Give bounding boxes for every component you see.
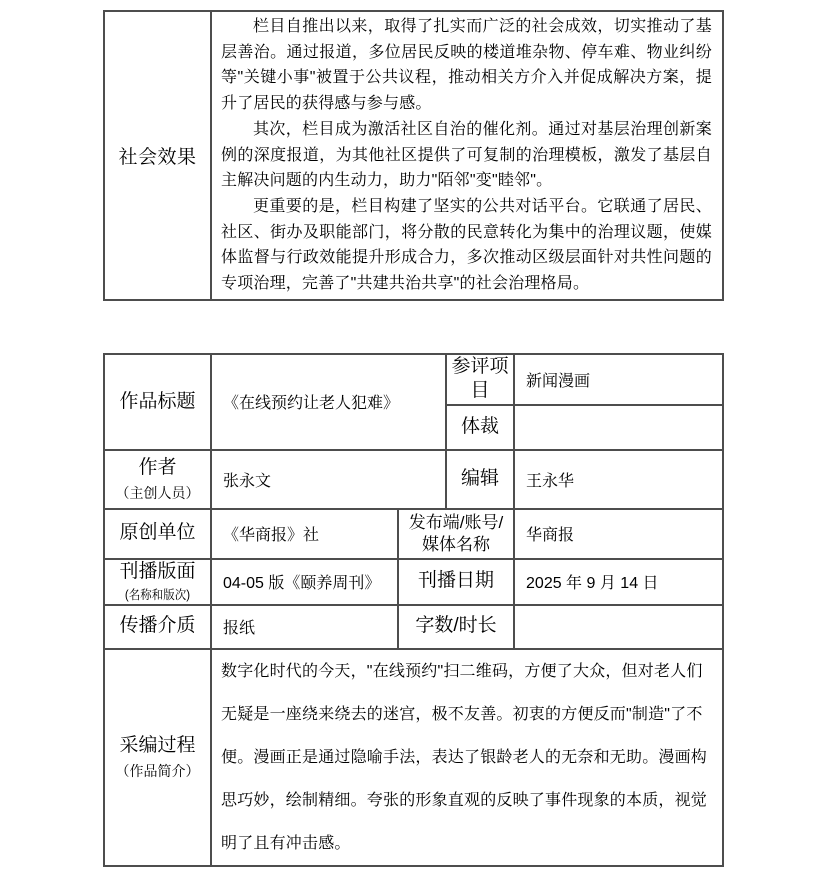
social-effect-paragraph-3: 更重要的是，栏目构建了坚实的公共对话平台。它联通了居民、社区、街办及职能部门，将… bbox=[221, 194, 712, 297]
author-value: 张永文 bbox=[211, 450, 446, 509]
entry-category-label: 参评项目 bbox=[446, 354, 514, 405]
editor-label: 编辑 bbox=[446, 450, 514, 509]
medium-value: 报纸 bbox=[211, 605, 398, 649]
genre-label: 体裁 bbox=[446, 405, 514, 450]
entry-category-value: 新闻漫画 bbox=[514, 354, 723, 405]
author-label-cell: 作者 （主创人员） bbox=[104, 450, 211, 509]
process-sublabel: （作品简介） bbox=[107, 763, 208, 781]
publish-date-value: 2025 年 9 月 14 日 bbox=[514, 559, 723, 605]
entry-info-table: 作品标题 《在线预约让老人犯难》 参评项目 新闻漫画 体裁 作者 （主创人员） … bbox=[103, 353, 724, 867]
editor-value: 王永华 bbox=[514, 450, 723, 509]
social-effect-content: 栏目自推出以来，取得了扎实而广泛的社会成效，切实推动了基层善治。通过报道，多位居… bbox=[211, 11, 723, 300]
work-title-label: 作品标题 bbox=[104, 354, 211, 450]
author-label: 作者 bbox=[107, 456, 208, 480]
publish-layout-value: 04-05 版《颐养周刊》 bbox=[211, 559, 398, 605]
publish-layout-label: 刊播版面 bbox=[107, 560, 208, 584]
work-title-value: 《在线预约让老人犯难》 bbox=[211, 354, 446, 450]
publish-date-label: 刊播日期 bbox=[398, 559, 514, 605]
social-effect-table: 社会效果 栏目自推出以来，取得了扎实而广泛的社会成效，切实推动了基层善治。通过报… bbox=[103, 10, 724, 301]
social-effect-paragraph-2: 其次，栏目成为激活社区自治的催化剂。通过对基层治理创新案例的深度报道，为其他社区… bbox=[221, 117, 712, 194]
medium-label: 传播介质 bbox=[104, 605, 211, 649]
original-unit-value: 《华商报》社 bbox=[211, 509, 398, 559]
process-label: 采编过程 bbox=[107, 734, 208, 758]
process-value: 数字化时代的今天，"在线预约"扫二维码，方便了大众，但对老人们无疑是一座绕来绕去… bbox=[211, 649, 723, 866]
genre-value bbox=[514, 405, 723, 450]
word-count-value bbox=[514, 605, 723, 649]
original-unit-label: 原创单位 bbox=[104, 509, 211, 559]
publish-layout-sublabel: (名称和版次) bbox=[111, 587, 204, 603]
platform-value: 华商报 bbox=[514, 509, 723, 559]
document-page: 社会效果 栏目自推出以来，取得了扎实而广泛的社会成效，切实推动了基层善治。通过报… bbox=[0, 0, 827, 876]
social-effect-paragraph-1: 栏目自推出以来，取得了扎实而广泛的社会成效，切实推动了基层善治。通过报道，多位居… bbox=[221, 14, 712, 117]
social-effect-label: 社会效果 bbox=[104, 11, 211, 300]
publish-layout-label-cell: 刊播版面 (名称和版次) bbox=[104, 559, 211, 605]
author-sublabel: （主创人员） bbox=[107, 485, 208, 503]
word-count-label: 字数/时长 bbox=[398, 605, 514, 649]
platform-label: 发布端/账号/媒体名称 bbox=[398, 509, 514, 559]
process-label-cell: 采编过程 （作品简介） bbox=[104, 649, 211, 866]
